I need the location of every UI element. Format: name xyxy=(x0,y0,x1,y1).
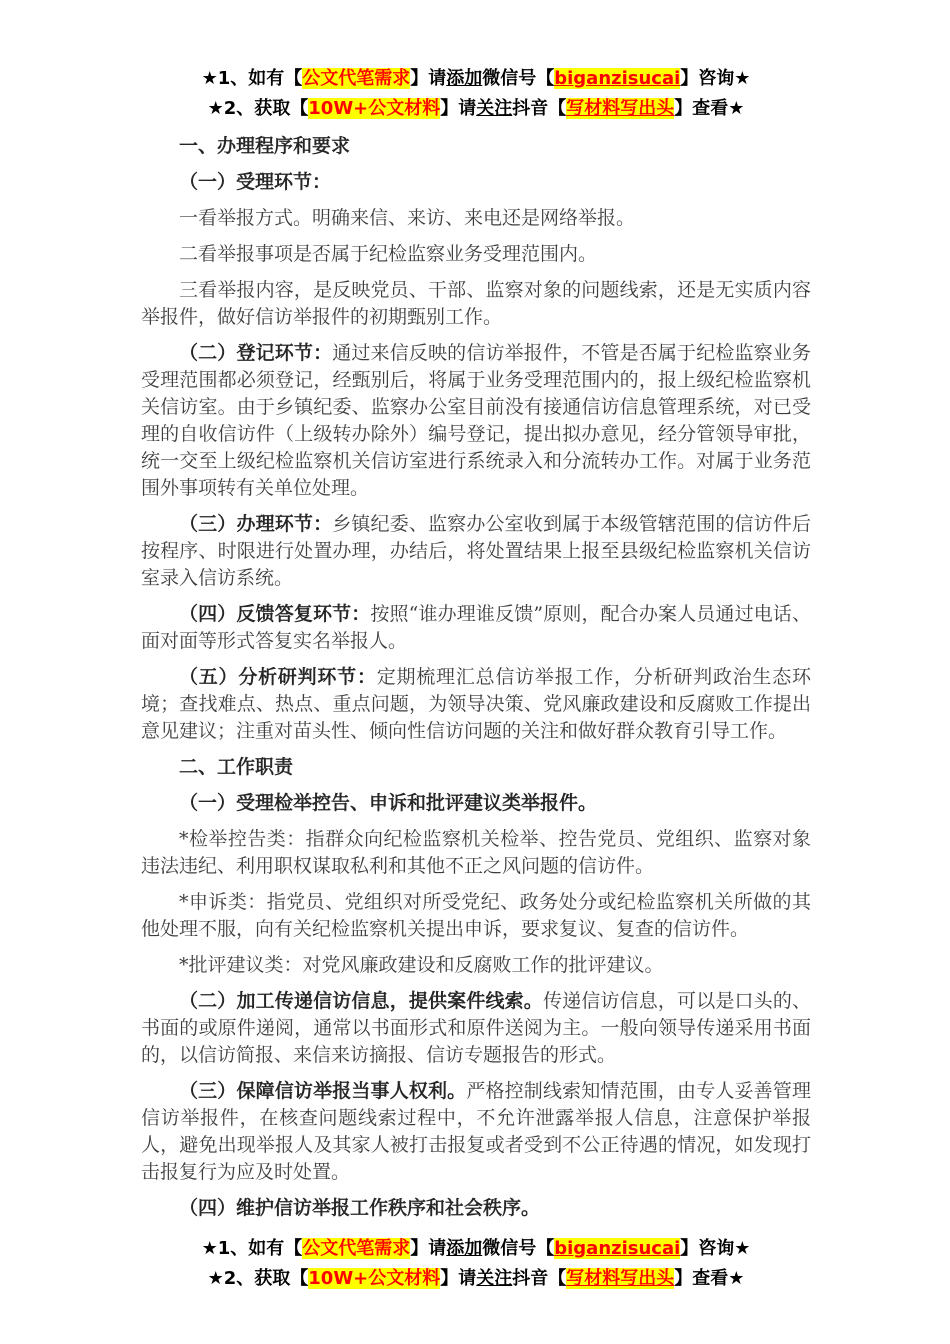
para-handling-step: （三）办理环节：乡镇纪委、监察办公室收到属于本级管辖范围的信访件后按程序、时限进… xyxy=(141,511,811,592)
text-segment: 抖音【 xyxy=(512,98,566,119)
text-segment: *检举控告类：指群众向纪检监察机关检举、控告党员、党组织、监察对象违法违纪、利用… xyxy=(141,828,811,877)
para-check-scope: 二看举报事项是否属于纪检监察业务受理范围内。 xyxy=(141,241,811,268)
banner-top-line-2: ★2、获取【10W+公文材料】请关注抖音【写材料写出头】查看★ xyxy=(141,94,811,124)
text-segment: 】咨询★ xyxy=(680,68,750,89)
text-segment: ★1、如有【 xyxy=(202,1238,303,1259)
banner-top-line-1: ★1、如有【公文代笔需求】请添加微信号【biganzisucai】咨询★ xyxy=(141,64,811,94)
text-segment: 三看举报内容，是反映党员、干部、监察对象的问题线索，还是无实质内容举报件，做好信… xyxy=(141,279,811,328)
banner-bottom-line-1: ★1、如有【公文代笔需求】请添加微信号【biganzisucai】咨询★ xyxy=(141,1234,811,1264)
document-page: ★1、如有【公文代笔需求】请添加微信号【biganzisucai】咨询★★2、获… xyxy=(0,0,950,1344)
bold-lead-text: （五）分析研判环节： xyxy=(179,666,377,688)
text-segment: （四）维护信访举报工作秩序和社会秩序。 xyxy=(179,1197,540,1219)
banner-bottom-line-2: ★2、获取【10W+公文材料】请关注抖音【写材料写出头】查看★ xyxy=(141,1264,811,1294)
para-accusation-type: *检举控告类：指群众向纪检监察机关检举、控告党员、党组织、监察对象违法违纪、利用… xyxy=(141,826,811,880)
text-segment: ★1、如有【 xyxy=(202,68,303,89)
para-protect-rights: （三）保障信访举报当事人权利。严格控制线索知情范围，由专人妥善管理信访举报件，在… xyxy=(141,1078,811,1186)
highlighted-text: 10W+公文材料 xyxy=(308,1268,440,1289)
text-segment: （一）受理检举控告、申诉和批评建议类举报件。 xyxy=(179,792,597,814)
underlined-text: 添加 xyxy=(446,1238,482,1259)
bold-lead-text: （三）保障信访举报当事人权利。 xyxy=(179,1080,466,1102)
bold-lead-text: （三）办理环节： xyxy=(179,513,332,535)
underlined-text: 添加 xyxy=(446,68,482,89)
heading-duties: 二、工作职责 xyxy=(141,754,811,781)
bold-lead-text: （四）反馈答复环节： xyxy=(179,603,370,625)
bold-lead-text: （二）登记环节： xyxy=(179,342,332,364)
text-segment: 】查看★ xyxy=(674,98,744,119)
highlighted-underlined-text: biganzisucai xyxy=(554,1238,680,1259)
para-check-method: 一看举报方式。明确来信、来访、来电还是网络举报。 xyxy=(141,205,811,232)
text-segment: *申诉类：指党员、党组织对所受党纪、政务处分或纪检监察机关所做的其他处理不服，向… xyxy=(141,891,811,940)
para-appeal-type: *申诉类：指党员、党组织对所受党纪、政务处分或纪检监察机关所做的其他处理不服，向… xyxy=(141,889,811,943)
underlined-text: 关注 xyxy=(476,1268,512,1289)
heading-maintain-order: （四）维护信访举报工作秩序和社会秩序。 xyxy=(141,1195,811,1222)
highlighted-text: 公文代笔需求 xyxy=(302,1238,410,1259)
text-segment: ★2、获取【 xyxy=(208,98,309,119)
text-segment: *批评建议类：对党风廉政建设和反腐败工作的批评建议。 xyxy=(179,954,664,976)
text-segment: 微信号【 xyxy=(482,1238,554,1259)
para-feedback-step: （四）反馈答复环节：按照“谁办理谁反馈”原则，配合办案人员通过电话、面对面等形式… xyxy=(141,601,811,655)
para-criticism-type: *批评建议类：对党风廉政建设和反腐败工作的批评建议。 xyxy=(141,952,811,979)
text-segment: 】请 xyxy=(440,98,476,119)
highlighted-underlined-text: 写材料写出头 xyxy=(566,98,674,119)
para-analysis-step: （五）分析研判环节：定期梳理汇总信访举报工作，分析研判政治生态环境；查找难点、热… xyxy=(141,664,811,745)
heading-procedures: 一、办理程序和要求 xyxy=(141,133,811,160)
text-segment: 二看举报事项是否属于纪检监察业务受理范围内。 xyxy=(179,243,597,265)
text-segment: （一）受理环节： xyxy=(179,171,331,193)
text-segment: 】查看★ xyxy=(674,1268,744,1289)
text-segment: 抖音【 xyxy=(512,1268,566,1289)
text-segment: 】请 xyxy=(440,1268,476,1289)
underlined-text: 关注 xyxy=(476,98,512,119)
text-segment: 二、工作职责 xyxy=(179,756,293,778)
para-transfer-info: （二）加工传递信访信息，提供案件线索。传递信访信息，可以是口头的、书面的或原件递… xyxy=(141,988,811,1069)
highlighted-text: 公文代笔需求 xyxy=(302,68,410,89)
highlighted-text: 10W+公文材料 xyxy=(308,98,440,119)
text-segment: 微信号【 xyxy=(482,68,554,89)
heading-accept-reports: （一）受理检举控告、申诉和批评建议类举报件。 xyxy=(141,790,811,817)
document-body: ★1、如有【公文代笔需求】请添加微信号【biganzisucai】咨询★★2、获… xyxy=(141,64,811,1294)
heading-acceptance-step: （一）受理环节： xyxy=(141,169,811,196)
text-segment: 通过来信反映的信访举报件，不管是否属于纪检监察业务受理范围都必须登记，经甄别后，… xyxy=(141,342,811,499)
text-segment: 一看举报方式。明确来信、来访、来电还是网络举报。 xyxy=(179,207,635,229)
highlighted-underlined-text: biganzisucai xyxy=(554,68,680,89)
text-segment: ★2、获取【 xyxy=(208,1268,309,1289)
text-segment: 一、办理程序和要求 xyxy=(179,135,350,157)
text-segment: 】请 xyxy=(410,1238,446,1259)
text-segment: 】请 xyxy=(410,68,446,89)
para-registration-step: （二）登记环节：通过来信反映的信访举报件，不管是否属于纪检监察业务受理范围都必须… xyxy=(141,340,811,502)
para-check-content: 三看举报内容，是反映党员、干部、监察对象的问题线索，还是无实质内容举报件，做好信… xyxy=(141,277,811,331)
highlighted-underlined-text: 写材料写出头 xyxy=(566,1268,674,1289)
text-segment: 】咨询★ xyxy=(680,1238,750,1259)
bold-lead-text: （二）加工传递信访信息，提供案件线索。 xyxy=(179,990,543,1012)
